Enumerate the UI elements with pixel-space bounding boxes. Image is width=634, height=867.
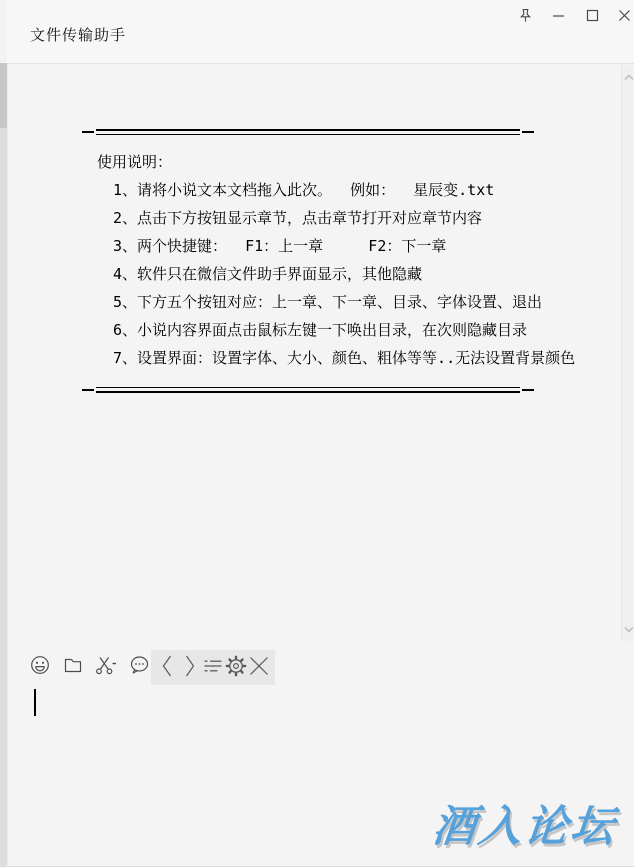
scroll-down-button[interactable] bbox=[623, 621, 634, 635]
background-window-edge-top bbox=[0, 0, 7, 63]
screenshot-button[interactable] bbox=[96, 649, 116, 683]
instruction-line: 6、小说内容界面点击鼠标左键一下唤出目录，在次则隐藏目录 bbox=[113, 316, 534, 344]
folder-icon bbox=[63, 655, 83, 678]
screenshot-scissors-icon bbox=[95, 655, 117, 678]
next-chapter-button[interactable] bbox=[180, 653, 200, 683]
chevron-right-icon bbox=[182, 654, 198, 681]
reader-controls-overlay bbox=[151, 650, 275, 685]
send-file-button[interactable] bbox=[63, 649, 83, 683]
pin-icon bbox=[518, 8, 533, 23]
minimize-button[interactable] bbox=[545, 2, 571, 28]
maximize-icon bbox=[586, 9, 599, 22]
background-scrollbar-thumb bbox=[0, 63, 7, 128]
instructions-heading: 使用说明： bbox=[97, 148, 534, 176]
close-icon bbox=[618, 9, 631, 22]
chat-history-icon bbox=[129, 655, 150, 678]
input-toolbar bbox=[7, 646, 634, 686]
text-caret bbox=[34, 689, 36, 716]
window-title: 文件传输助手 bbox=[30, 24, 126, 45]
divider-bottom bbox=[82, 387, 534, 393]
titlebar: 文件传输助手 bbox=[7, 0, 634, 64]
scrollbar[interactable] bbox=[621, 65, 634, 641]
chat-message-area: 使用说明： 1、请将小说文本文档拖入此次。 例如： 星辰变.txt 2、点击下方… bbox=[8, 65, 621, 641]
font-settings-button[interactable] bbox=[226, 653, 246, 683]
chevron-left-icon bbox=[159, 654, 175, 681]
scroll-up-button[interactable] bbox=[623, 69, 634, 83]
pin-button[interactable] bbox=[512, 2, 538, 28]
contents-button[interactable] bbox=[203, 653, 223, 683]
gear-icon bbox=[225, 655, 247, 680]
exit-reader-button[interactable] bbox=[249, 653, 269, 683]
instruction-line: 3、两个快捷键： F1：上一章 F2：下一章 bbox=[113, 232, 534, 260]
instruction-line: 4、软件只在微信文件助手界面显示，其他隐藏 bbox=[113, 260, 534, 288]
divider-top bbox=[82, 129, 534, 135]
close-button[interactable] bbox=[611, 2, 634, 28]
minimize-icon bbox=[552, 9, 565, 22]
contents-list-icon bbox=[203, 656, 223, 679]
emoji-button[interactable] bbox=[30, 649, 50, 683]
forum-watermark: 酒入论坛 bbox=[430, 793, 620, 854]
background-window-edge bbox=[0, 0, 8, 867]
emoji-icon bbox=[30, 655, 50, 678]
instruction-line: 7、设置界面：设置字体、大小、颜色、粗体等等..无法设置背景颜色 bbox=[113, 344, 534, 372]
instruction-line: 5、下方五个按钮对应：上一章、下一章、目录、字体设置、退出 bbox=[113, 288, 534, 316]
chevron-up-icon bbox=[624, 69, 634, 84]
prev-chapter-button[interactable] bbox=[157, 653, 177, 683]
close-x-icon bbox=[248, 655, 270, 680]
chat-history-button[interactable] bbox=[129, 649, 149, 683]
instruction-line: 1、请将小说文本文档拖入此次。 例如： 星辰变.txt bbox=[113, 176, 534, 204]
instruction-line: 2、点击下方按钮显示章节，点击章节打开对应章节内容 bbox=[113, 204, 534, 232]
maximize-button[interactable] bbox=[579, 2, 605, 28]
usage-instructions-message: 使用说明： 1、请将小说文本文档拖入此次。 例如： 星辰变.txt 2、点击下方… bbox=[82, 129, 534, 393]
chevron-down-icon bbox=[624, 621, 634, 636]
